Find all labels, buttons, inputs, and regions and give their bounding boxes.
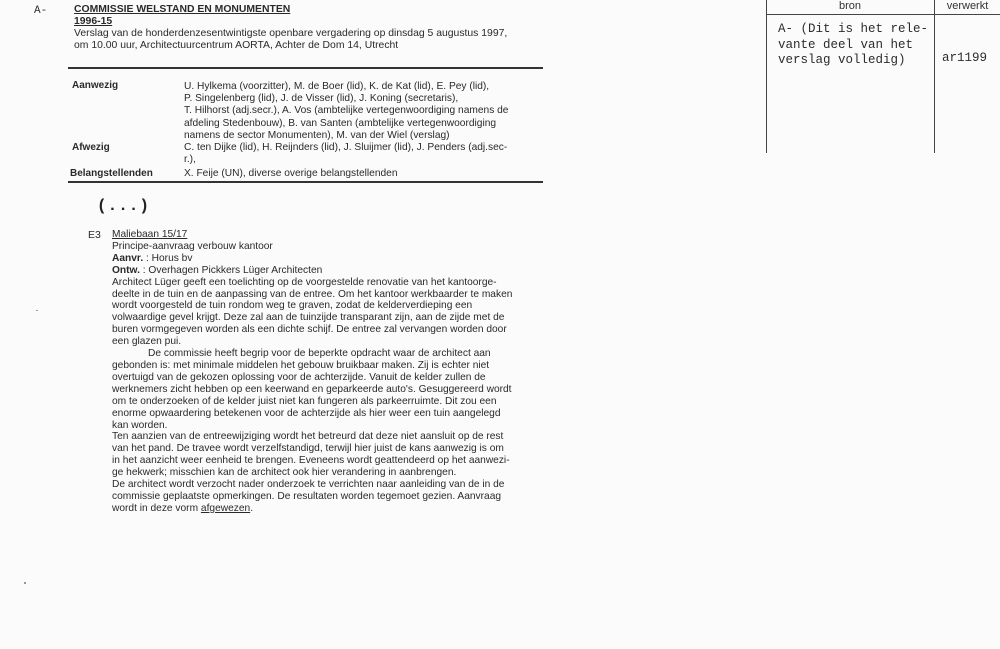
applicant-value: : Horus bv — [146, 253, 192, 264]
text-line: ge hekwerk; misschien kan de architect o… — [112, 467, 547, 479]
text-line: Ten aanzien van de entreewijziging wordt… — [112, 431, 547, 443]
meeting-description-line2: om 10.00 uur, Architectuurcentrum AORTA,… — [74, 40, 544, 52]
document-header: COMMISSIE WELSTAND EN MONUMENTEN 1996-15… — [74, 4, 544, 52]
absent-line: r.), — [184, 154, 549, 166]
scan-speck — [24, 582, 26, 584]
verdict-suffix: . — [250, 503, 253, 514]
text-line: commissie geplaatste opmerkingen. De res… — [112, 491, 547, 503]
omission-marker: (...) — [97, 197, 150, 215]
verdict-line: wordt in deze vorm afgewezen. — [112, 503, 547, 515]
margin-marker: A- — [34, 5, 47, 17]
designer-label: Ontw. — [112, 265, 140, 276]
column-header-processed: verwerkt — [935, 0, 1000, 12]
text-line: in het aanzicht weer eenheid te brengen.… — [112, 455, 547, 467]
present-line: afdeling Stedenbouw), B. van Santen (amb… — [184, 118, 549, 130]
text-line: gebonden is: met minimale middelen het g… — [112, 360, 547, 372]
source-note: A- (Dit is het rele- vante deel van het … — [778, 22, 928, 69]
text-line: wordt voorgesteld de tuin rondom weg te … — [112, 300, 547, 312]
table-border-left — [766, 0, 767, 153]
header-divider — [68, 67, 543, 69]
verdict-rejected: afgewezen — [201, 503, 250, 514]
scan-speck — [36, 310, 38, 311]
text-line: De architect wordt verzocht nader onderz… — [112, 479, 547, 491]
text-line: een glazen pui. — [112, 336, 547, 348]
paragraph-entrance: Ten aanzien van de entreewijziging wordt… — [112, 431, 547, 479]
column-header-source: bron — [766, 0, 934, 12]
item-type: Principe-aanvraag verbouw kantoor — [112, 241, 547, 253]
absent-line: C. ten Dijke (lid), H. Reijnders (lid), … — [184, 142, 549, 154]
paragraph-commission-view: De commissie heeft begrip voor de beperk… — [112, 348, 547, 431]
agenda-item-e3: Maliebaan 15/17 Principe-aanvraag verbou… — [112, 229, 547, 515]
committee-title: COMMISSIE WELSTAND EN MONUMENTEN — [74, 4, 544, 16]
applicant-row: Aanvr. : Horus bv — [112, 253, 547, 265]
paragraph-presentation: Architect Lüger geeft een toelichting op… — [112, 277, 547, 348]
text-line: om te onderzoeken of de kelder juist nie… — [112, 396, 547, 408]
designer-row: Ontw. : Overhagen Pickkers Lüger Archite… — [112, 265, 547, 277]
paragraph-conclusion: De architect wordt verzocht nader onderz… — [112, 479, 547, 515]
table-header-divider — [766, 14, 1000, 15]
stakeholders-text: X. Feije (UN), diverse overige belangste… — [184, 168, 549, 180]
item-number: E3 — [88, 229, 101, 241]
item-address: Maliebaan 15/17 — [112, 229, 547, 241]
text-line: volwaardige gevel krijgt. Deze zal aan d… — [112, 312, 547, 324]
processed-reference: ar1199 — [942, 51, 987, 65]
present-line: P. Singelenberg (lid), J. de Visser (lid… — [184, 93, 549, 105]
report-year: 1996-15 — [74, 16, 544, 28]
absent-list: C. ten Dijke (lid), H. Reijnders (lid), … — [184, 142, 549, 166]
text-line: Architect Lüger geeft een toelichting op… — [112, 277, 547, 289]
text-line: werknemers zicht hebben op een keerwand … — [112, 384, 547, 396]
verdict-prefix: wordt in deze vorm — [112, 503, 201, 514]
present-list: U. Hylkema (voorzitter), M. de Boer (lid… — [184, 81, 549, 142]
text-line: De commissie heeft begrip voor de beperk… — [112, 348, 547, 360]
text-line: enorme opwaardering betekenen voor de ac… — [112, 408, 547, 420]
meeting-description-line1: Verslag van de honderdenzesentwintigste … — [74, 28, 544, 40]
stakeholders-label: Belangstellenden — [70, 168, 153, 179]
designer-value: : Overhagen Pickkers Lüger Architecten — [143, 265, 323, 276]
present-line: namens de sector Monumenten), M. van der… — [184, 130, 549, 142]
table-column-divider — [934, 0, 935, 153]
text-line: van het pand. De travee wordt verzelfsta… — [112, 443, 547, 455]
annotation-table: bron verwerkt A- (Dit is het rele- vante… — [766, 0, 1000, 153]
present-line: U. Hylkema (voorzitter), M. de Boer (lid… — [184, 81, 549, 93]
present-line: T. Hilhorst (adj.secr.), A. Vos (ambteli… — [184, 105, 549, 117]
text-line: deelte in de tuin en de aanpassing van d… — [112, 289, 547, 301]
attendance-divider — [68, 181, 543, 183]
text-line: kan worden. — [112, 420, 547, 432]
applicant-label: Aanvr. — [112, 253, 143, 264]
absent-label: Afwezig — [72, 142, 110, 153]
text-line: buren vormgegeven worden als een dichte … — [112, 324, 547, 336]
text-line: overtuigd van de gekozen oplossing voor … — [112, 372, 547, 384]
present-label: Aanwezig — [72, 80, 118, 91]
